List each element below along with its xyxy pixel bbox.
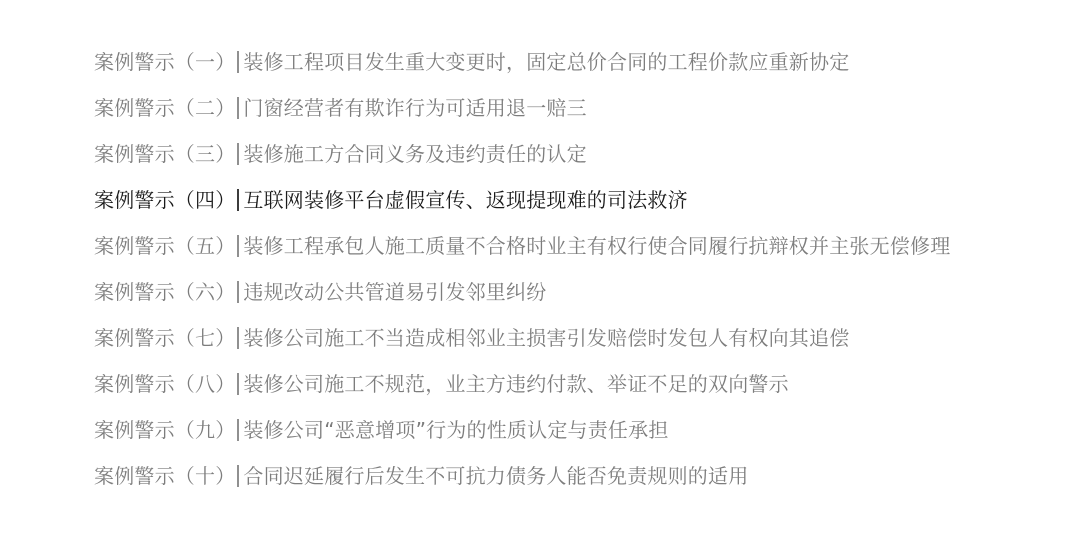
case-title: 门窗经营者有欺诈行为可适用退一赔三 — [243, 96, 586, 120]
case-warning-list: 案例警示（一）装修工程项目发生重大变更时，固定总价合同的工程价款应重新协定 案例… — [94, 47, 950, 507]
list-item-case-1[interactable]: 案例警示（一）装修工程项目发生重大变更时，固定总价合同的工程价款应重新协定 — [94, 47, 950, 93]
separator-bar — [237, 327, 239, 349]
case-prefix: 案例警示（四） — [94, 188, 235, 212]
list-item-case-6[interactable]: 案例警示（六）违规改动公共管道易引发邻里纠纷 — [94, 277, 950, 323]
separator-bar — [237, 189, 239, 211]
list-item-case-10[interactable]: 案例警示（十）合同迟延履行后发生不可抗力债务人能否免责规则的适用 — [94, 461, 950, 507]
list-item-case-4[interactable]: 案例警示（四）互联网装修平台虚假宣传、返现提现难的司法救济 — [94, 185, 950, 231]
case-title: 互联网装修平台虚假宣传、返现提现难的司法救济 — [243, 188, 687, 212]
case-title: 装修施工方合同义务及违约责任的认定 — [243, 142, 586, 166]
case-title: 装修公司施工不当造成相邻业主损害引发赔偿时发包人有权向其追偿 — [243, 326, 849, 350]
separator-bar — [237, 235, 239, 257]
case-prefix: 案例警示（三） — [94, 142, 235, 166]
case-prefix: 案例警示（十） — [94, 464, 235, 488]
separator-bar — [237, 51, 239, 73]
separator-bar — [237, 281, 239, 303]
case-title: 违规改动公共管道易引发邻里纠纷 — [243, 280, 546, 304]
case-prefix: 案例警示（一） — [94, 50, 235, 74]
separator-bar — [237, 373, 239, 395]
case-prefix: 案例警示（五） — [94, 234, 235, 258]
list-item-case-2[interactable]: 案例警示（二）门窗经营者有欺诈行为可适用退一赔三 — [94, 93, 950, 139]
case-title: 装修公司施工不规范，业主方违约付款、举证不足的双向警示 — [243, 372, 788, 396]
case-prefix: 案例警示（二） — [94, 96, 235, 120]
case-title: 装修工程项目发生重大变更时，固定总价合同的工程价款应重新协定 — [243, 50, 849, 74]
list-item-case-3[interactable]: 案例警示（三）装修施工方合同义务及违约责任的认定 — [94, 139, 950, 185]
case-title: 装修工程承包人施工质量不合格时业主有权行使合同履行抗辩权并主张无偿修理 — [243, 234, 950, 258]
case-prefix: 案例警示（九） — [94, 418, 235, 442]
case-prefix: 案例警示（八） — [94, 372, 235, 396]
case-title: 合同迟延履行后发生不可抗力债务人能否免责规则的适用 — [243, 464, 748, 488]
separator-bar — [237, 419, 239, 441]
list-item-case-7[interactable]: 案例警示（七）装修公司施工不当造成相邻业主损害引发赔偿时发包人有权向其追偿 — [94, 323, 950, 369]
separator-bar — [237, 97, 239, 119]
list-item-case-5[interactable]: 案例警示（五）装修工程承包人施工质量不合格时业主有权行使合同履行抗辩权并主张无偿… — [94, 231, 950, 277]
separator-bar — [237, 465, 239, 487]
case-prefix: 案例警示（六） — [94, 280, 235, 304]
list-item-case-8[interactable]: 案例警示（八）装修公司施工不规范，业主方违约付款、举证不足的双向警示 — [94, 369, 950, 415]
separator-bar — [237, 143, 239, 165]
case-title: 装修公司“恶意增项”行为的性质认定与责任承担 — [243, 418, 668, 442]
list-item-case-9[interactable]: 案例警示（九）装修公司“恶意增项”行为的性质认定与责任承担 — [94, 415, 950, 461]
case-prefix: 案例警示（七） — [94, 326, 235, 350]
